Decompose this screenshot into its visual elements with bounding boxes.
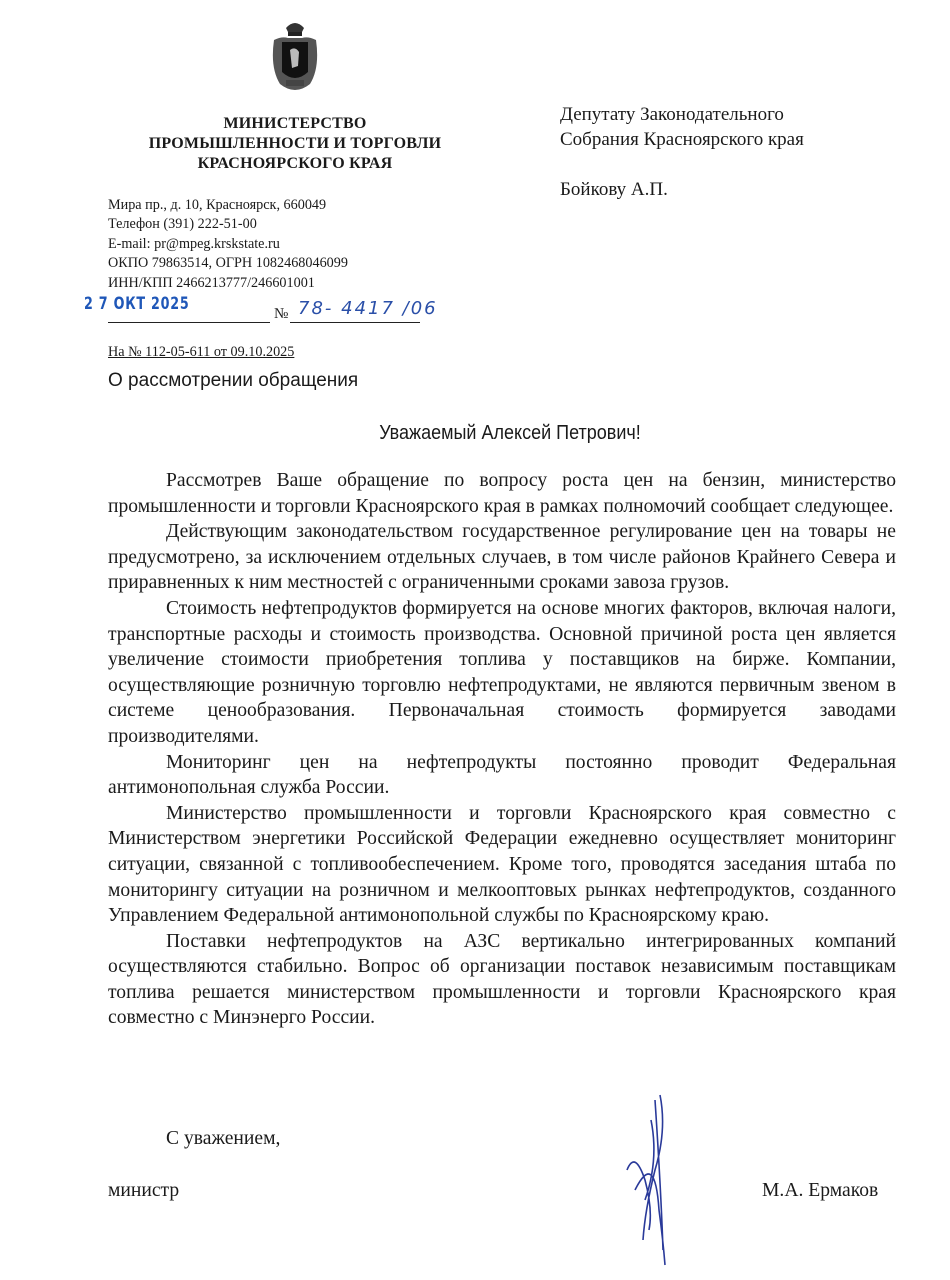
letter-body: Рассмотрев Ваше обращение по вопросу рос… [108,468,896,1031]
paragraph: Стоимость нефтепродуктов формируется на … [108,596,896,750]
recipient-name: Бойкову А.П. [560,177,804,202]
paragraph: Министерство промышленности и торговли К… [108,801,896,929]
ministry-line: КРАСНОЯРСКОГО КРАЯ [110,154,480,174]
registration-number: 78- 4417 /06 [298,298,438,319]
recipient-line: Собрания Красноярского края [560,127,804,152]
recipient-line: Депутату Законодательного [560,102,804,127]
number-line [290,322,420,323]
paragraph: Действующим законодательством государств… [108,519,896,596]
paragraph: Рассмотрев Ваше обращение по вопросу рос… [108,468,896,519]
email: E-mail: pr@mpeg.krskstate.ru [108,235,348,254]
ministry-name: МИНИСТЕРСТВО ПРОМЫШЛЕННОСТИ И ТОРГОВЛИ К… [110,114,480,174]
letter-subject: О рассмотрении обращения [108,370,358,392]
ministry-contacts: Мира пр., д. 10, Красноярск, 660049 Теле… [108,196,348,293]
signer-position: министр [108,1180,179,1202]
address: Мира пр., д. 10, Красноярск, 660049 [108,196,348,215]
reply-reference: На № 112-05-611 от 09.10.2025 [108,344,294,361]
inn-kpp: ИНН/КПП 2466213777/246601001 [108,274,348,293]
phone: Телефон (391) 222-51-00 [108,215,348,234]
greeting: Уважаемый Алексей Петрович! [141,422,879,445]
date-line [108,322,270,323]
recipient-block: Депутату Законодательного Собрания Красн… [560,102,804,202]
closing: С уважением, [166,1128,280,1150]
coat-of-arms-icon [268,18,322,94]
ministry-line: МИНИСТЕРСТВО [110,114,480,134]
ministry-line: ПРОМЫШЛЕННОСТИ И ТОРГОВЛИ [110,134,480,154]
number-sign: № [274,306,288,323]
okpo-ogrn: ОКПО 79863514, ОГРН 1082468046099 [108,254,348,273]
paragraph: Мониторинг цен на нефтепродукты постоянн… [108,750,896,801]
handwritten-signature-icon [615,1090,695,1270]
signer-name: М.А. Ермаков [762,1180,878,1202]
paragraph: Поставки нефтепродуктов на АЗС вертикаль… [108,929,896,1031]
date-stamp: 2 7 ОКТ 2025 [84,294,190,314]
